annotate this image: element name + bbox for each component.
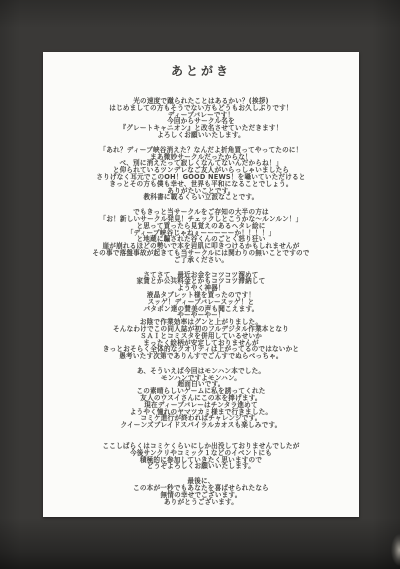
afterword-paragraph: 光の速度で蹴られたことはあるかい？(挨拶)はじめましての方もそうでない方もどうも… xyxy=(53,98,349,139)
afterword-paragraph: 最後に、この本が一秒でもあなたを喜ばせられたなら無情の幸せでございます。ありがと… xyxy=(53,478,349,505)
afterword-paragraph: でもきっと当サークルをご存知の大半の方は「お！新しいサークル発見！チェックしとこ… xyxy=(53,209,349,263)
page-title: あとがき xyxy=(53,64,349,78)
afterword-paragraph: あ、そういえば今回はモンハン本でした。モンハンですよモンハン。超面白いです。この… xyxy=(53,368,349,429)
afterword-body: 光の速度で蹴られたことはあるかい？(挨拶)はじめましての方もそうでない方もどうも… xyxy=(53,98,349,505)
afterword-paragraph: さてさて、最近お金をコツコツ溜めて家賃とか公共料金とかもコツコツ滞納してようやく… xyxy=(53,272,349,360)
afterword-paragraph: ここしばらくはコミケくらいにしか出没しておりませんでしたが今後サンクリやコミック… xyxy=(53,443,349,470)
afterword-paragraph: 「あれ？ディープ峡谷消えた？なんだよ折角買ってやってたのに！まあ微妙サークルだっ… xyxy=(53,147,349,201)
afterword-content: あとがき 光の速度で蹴られたことはあるかい？(挨拶)はじめましての方もそうでない… xyxy=(43,52,359,517)
afterword-page: あとがき 光の速度で蹴られたことはあるかい？(挨拶)はじめましての方もそうでない… xyxy=(43,52,359,517)
